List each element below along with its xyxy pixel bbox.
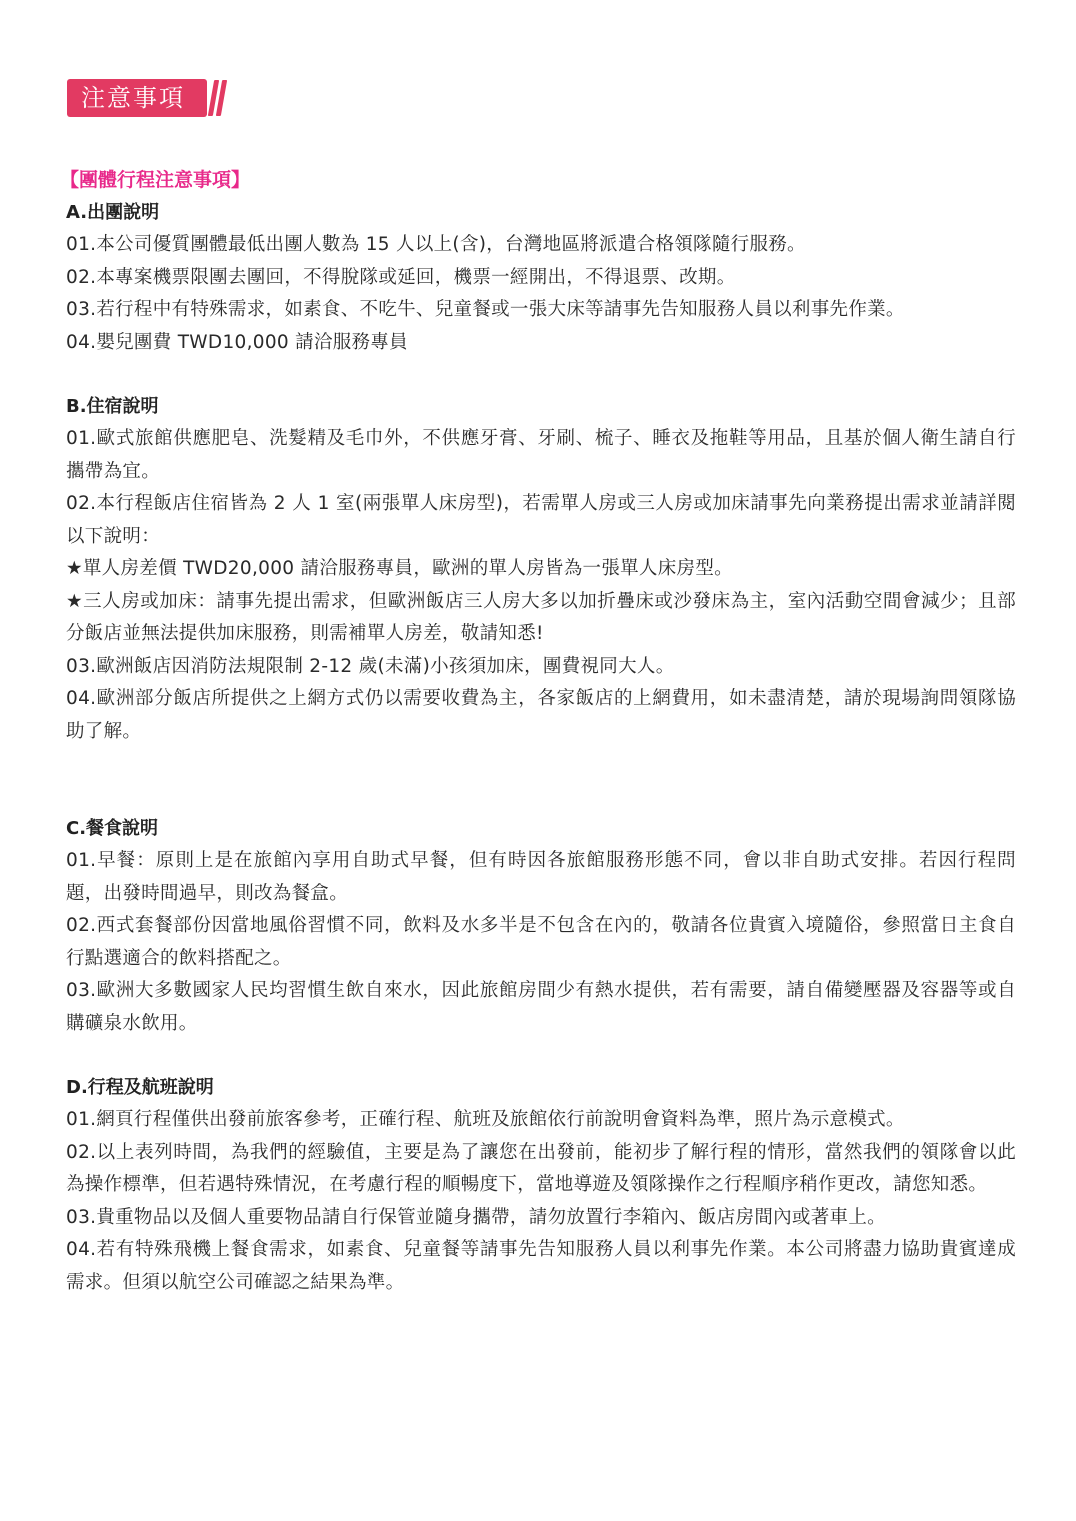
list-item: 02.本行程飯店住宿皆為 2 人 1 室(兩張單人床房型)，若需單人房或三人房或…	[66, 488, 1016, 553]
section-title: C.餐食說明	[66, 813, 1016, 845]
list-item: 02.西式套餐部份因當地風俗習慣不同，飲料及水多半是不包含在內的，敬請各位貴賓入…	[66, 910, 1016, 975]
list-item: 04.若有特殊飛機上餐食需求，如素食、兒童餐等請事先告知服務人員以利事先作業。本…	[66, 1234, 1016, 1299]
section-title: B.住宿說明	[66, 391, 1016, 423]
list-item: 04.歐洲部分飯店所提供之上網方式仍以需要收費為主，各家飯店的上網費用，如未盡清…	[66, 683, 1016, 748]
list-item: 03.貴重物品以及個人重要物品請自行保管並隨身攜帶，請勿放置行李箱內、飯店房間內…	[66, 1202, 1016, 1235]
list-item: 03.若行程中有特殊需求，如素食、不吃牛、兒童餐或一張大床等請事先告知服務人員以…	[66, 294, 1016, 327]
list-item: 02.以上表列時間，為我們的經驗值，主要是為了讓您在出發前，能初步了解行程的情形…	[66, 1137, 1016, 1202]
spacer	[66, 748, 1016, 813]
list-item: 01.網頁行程僅供出發前旅客參考，正確行程、航班及旅館依行前說明會資料為準，照片…	[66, 1104, 1016, 1137]
notice-banner: 注意事項	[67, 78, 224, 118]
banner-title: 注意事項	[67, 79, 207, 117]
list-item: 01.歐式旅館供應肥皂、洗髮精及毛巾外，不供應牙膏、牙刷、梳子、睡衣及拖鞋等用品…	[66, 423, 1016, 488]
notice-content: 【團體行程注意事項】 A.出團說明 01.本公司優質團體最低出團人數為 15 人…	[66, 165, 1016, 1299]
list-item: 02.本專案機票限團去團回，不得脫隊或延回，機票一經開出，不得退票、改期。	[66, 262, 1016, 295]
section-accommodation: B.住宿說明 01.歐式旅館供應肥皂、洗髮精及毛巾外，不供應牙膏、牙刷、梳子、睡…	[66, 391, 1016, 748]
spacer	[66, 359, 1016, 391]
banner-slash-decoration	[211, 79, 224, 117]
list-item: 03.歐洲大多數國家人民均習慣生飲自來水，因此旅館房間少有熱水提供，若有需要，請…	[66, 975, 1016, 1040]
list-item: ★單人房差價 TWD20,000 請洽服務專員，歐洲的單人房皆為一張單人床房型。	[66, 553, 1016, 586]
section-title: A.出團說明	[66, 197, 1016, 229]
list-item: 01.本公司優質團體最低出團人數為 15 人以上(含)，台灣地區將派遣合格領隊隨…	[66, 229, 1016, 262]
section-meals: C.餐食說明 01.早餐：原則上是在旅館內享用自助式早餐，但有時因各旅館服務形態…	[66, 813, 1016, 1040]
section-title: D.行程及航班說明	[66, 1072, 1016, 1104]
section-departure: A.出團說明 01.本公司優質團體最低出團人數為 15 人以上(含)，台灣地區將…	[66, 197, 1016, 359]
list-item: 03.歐洲飯店因消防法規限制 2-12 歲(未滿)小孩須加床，團費視同大人。	[66, 651, 1016, 684]
list-item: 04.嬰兒團費 TWD10,000 請洽服務專員	[66, 327, 1016, 360]
spacer	[66, 1040, 1016, 1072]
list-item: 01.早餐：原則上是在旅館內享用自助式早餐，但有時因各旅館服務形態不同，會以非自…	[66, 845, 1016, 910]
list-item: ★三人房或加床：請事先提出需求，但歐洲飯店三人房大多以加折疊床或沙發床為主，室內…	[66, 586, 1016, 651]
main-title: 【團體行程注意事項】	[60, 165, 1016, 197]
section-itinerary-flights: D.行程及航班說明 01.網頁行程僅供出發前旅客參考，正確行程、航班及旅館依行前…	[66, 1072, 1016, 1299]
